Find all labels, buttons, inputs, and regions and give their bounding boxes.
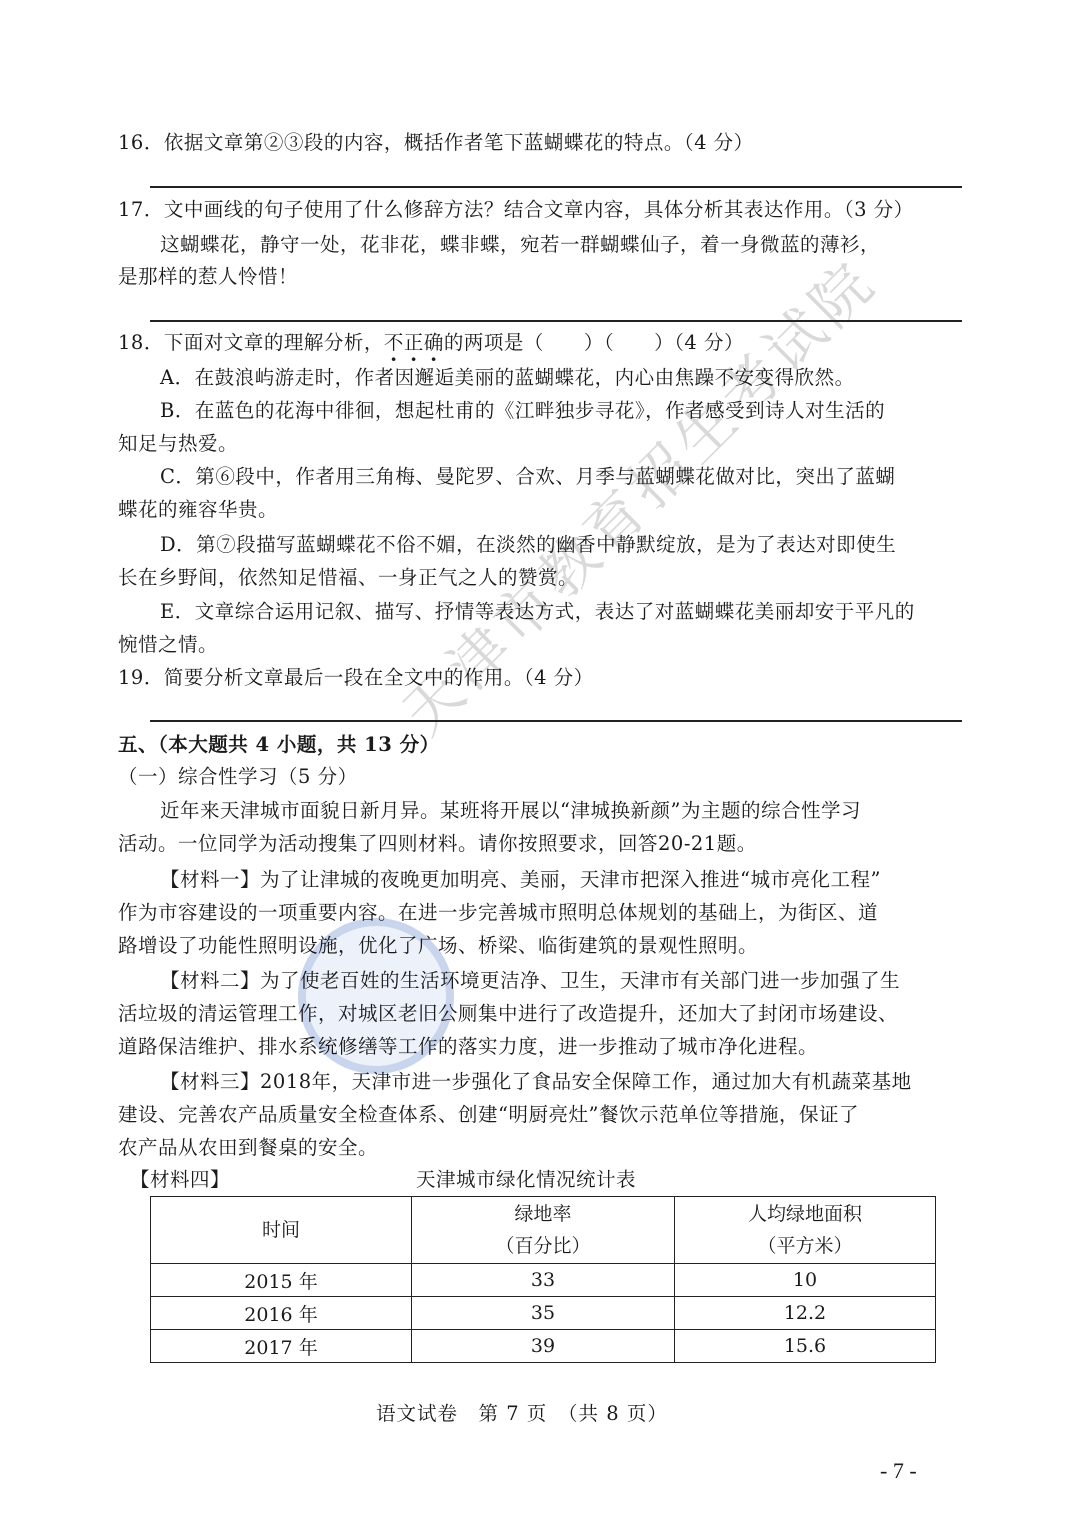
q18-option-d-cont: 长在乡野间，依然知足惜福、一身正气之人的赞赏。	[118, 563, 968, 593]
q18-emph-3: 确	[424, 328, 444, 358]
q18-emph-1: 不	[384, 328, 404, 358]
cell-year: 2017 年	[151, 1330, 412, 1363]
answer-line-17	[150, 320, 962, 322]
cell-green-area: 15.6	[675, 1330, 936, 1363]
q18-emph-2: 正	[404, 328, 424, 358]
cell-green-rate: 39	[412, 1330, 675, 1363]
section-5-title: 五、（本大题共 4 小题，共 13 分）	[118, 730, 968, 760]
q18-option-b: B．在蓝色的花海中徘徊，想起杜甫的《江畔独步寻花》，作者感受到诗人对生活的	[160, 396, 1010, 426]
table-row: 2015 年 33 10	[151, 1264, 936, 1297]
table-header-row: 时间 绿地率（百分比） 人均绿地面积（平方米）	[151, 1197, 936, 1264]
cell-year: 2016 年	[151, 1297, 412, 1330]
greening-stats-table: 时间 绿地率（百分比） 人均绿地面积（平方米） 2015 年 33 10 201…	[150, 1196, 936, 1363]
page-number: - 7 -	[880, 1458, 917, 1484]
question-19: 19．简要分析文章最后一段在全文中的作用。（4 分）	[118, 663, 968, 693]
header-green-rate: 绿地率（百分比）	[412, 1197, 675, 1264]
material-3-line1: 【材料三】2018年，天津市进一步强化了食品安全保障工作，通过加大有机蔬菜基地	[160, 1067, 1010, 1097]
header-green-area: 人均绿地面积（平方米）	[675, 1197, 936, 1264]
q17-quote-line1: 这蝴蝶花，静守一处，花非花，蝶非蝶，宛若一群蝴蝶仙子，着一身微蓝的薄衫，	[160, 230, 1010, 260]
q18-prefix: 18．下面对文章的理解分析，	[118, 331, 384, 354]
question-16: 16．依据文章第②③段的内容，概括作者笔下蓝蝴蝶花的特点。（4 分）	[118, 128, 968, 158]
table-row: 2017 年 39 15.6	[151, 1330, 936, 1363]
material-2-line2: 活垃圾的清运管理工作，对城区老旧公厕集中进行了改造提升，还加大了封闭市场建设、	[118, 999, 968, 1029]
header-time: 时间	[151, 1197, 412, 1264]
cell-green-area: 12.2	[675, 1297, 936, 1330]
question-18: 18．下面对文章的理解分析，不正确的两项是（ ）（ ）（4 分）	[118, 328, 968, 358]
exam-page: 天津市教育招生考试院 16．依据文章第②③段的内容，概括作者笔下蓝蝴蝶花的特点。…	[0, 0, 1080, 1534]
q17-quote-line2: 是那样的惹人怜惜！	[118, 262, 968, 292]
material-2-line1: 【材料二】为了使老百姓的生活环境更洁净、卫生，天津市有关部门进一步加强了生	[160, 966, 1010, 996]
q18-option-c-cont: 蝶花的雍容华贵。	[118, 495, 968, 525]
section-5-intro-line1: 近年来天津城市面貌日新月异。某班将开展以“津城换新颜”为主题的综合性学习	[160, 796, 1010, 826]
cell-year: 2015 年	[151, 1264, 412, 1297]
section-5-subtitle: （一）综合性学习（5 分）	[118, 762, 968, 792]
q18-option-c: C．第⑥段中，作者用三角梅、曼陀罗、合欢、月季与蓝蝴蝶花做对比，突出了蓝蝴	[160, 462, 1010, 492]
material-2-line3: 道路保洁维护、排水系统修缮等工作的落实力度，进一步推动了城市净化进程。	[118, 1032, 968, 1062]
table-title: 天津城市绿化情况统计表	[416, 1165, 1080, 1195]
q18-option-d: D．第⑦段描写蓝蝴蝶花不俗不媚，在淡然的幽香中静默绽放，是为了表达对即使生	[160, 530, 1010, 560]
answer-line-19	[150, 720, 962, 722]
q18-option-a: A．在鼓浪屿游走时，作者因邂逅美丽的蓝蝴蝶花，内心由焦躁不安变得欣然。	[160, 363, 1010, 393]
q18-suffix: 的两项是（ ）（ ）（4 分）	[444, 331, 744, 354]
table-row: 2016 年 35 12.2	[151, 1297, 936, 1330]
material-1-line3: 路增设了功能性照明设施，优化了广场、桥梁、临街建筑的景观性照明。	[118, 931, 968, 961]
section-5-intro-line2: 活动。一位同学为活动搜集了四则材料。请你按照要求，回答20-21题。	[118, 829, 968, 859]
cell-green-rate: 33	[412, 1264, 675, 1297]
q18-option-e-cont: 惋惜之情。	[118, 630, 968, 660]
page-footer: 语文试卷 第 7 页 （共 8 页）	[376, 1398, 668, 1426]
material-1-line1: 【材料一】为了让津城的夜晚更加明亮、美丽，天津市把深入推进“城市亮化工程”	[160, 865, 1010, 895]
question-17: 17．文中画线的句子使用了什么修辞方法？结合文章内容，具体分析其表达作用。（3 …	[118, 195, 968, 225]
material-3-line3: 农产品从农田到餐桌的安全。	[118, 1133, 968, 1163]
material-3-line2: 建设、完善农产品质量安全检查体系、创建“明厨亮灶”餐饮示范单位等措施，保证了	[118, 1100, 968, 1130]
cell-green-rate: 35	[412, 1297, 675, 1330]
q18-option-b-cont: 知足与热爱。	[118, 429, 968, 459]
material-1-line2: 作为市容建设的一项重要内容。在进一步完善城市照明总体规划的基础上，为街区、道	[118, 898, 968, 928]
cell-green-area: 10	[675, 1264, 936, 1297]
q18-option-e: E．文章综合运用记叙、描写、抒情等表达方式，表达了对蓝蝴蝶花美丽却安于平凡的	[160, 597, 1010, 627]
answer-line-16	[150, 186, 962, 188]
